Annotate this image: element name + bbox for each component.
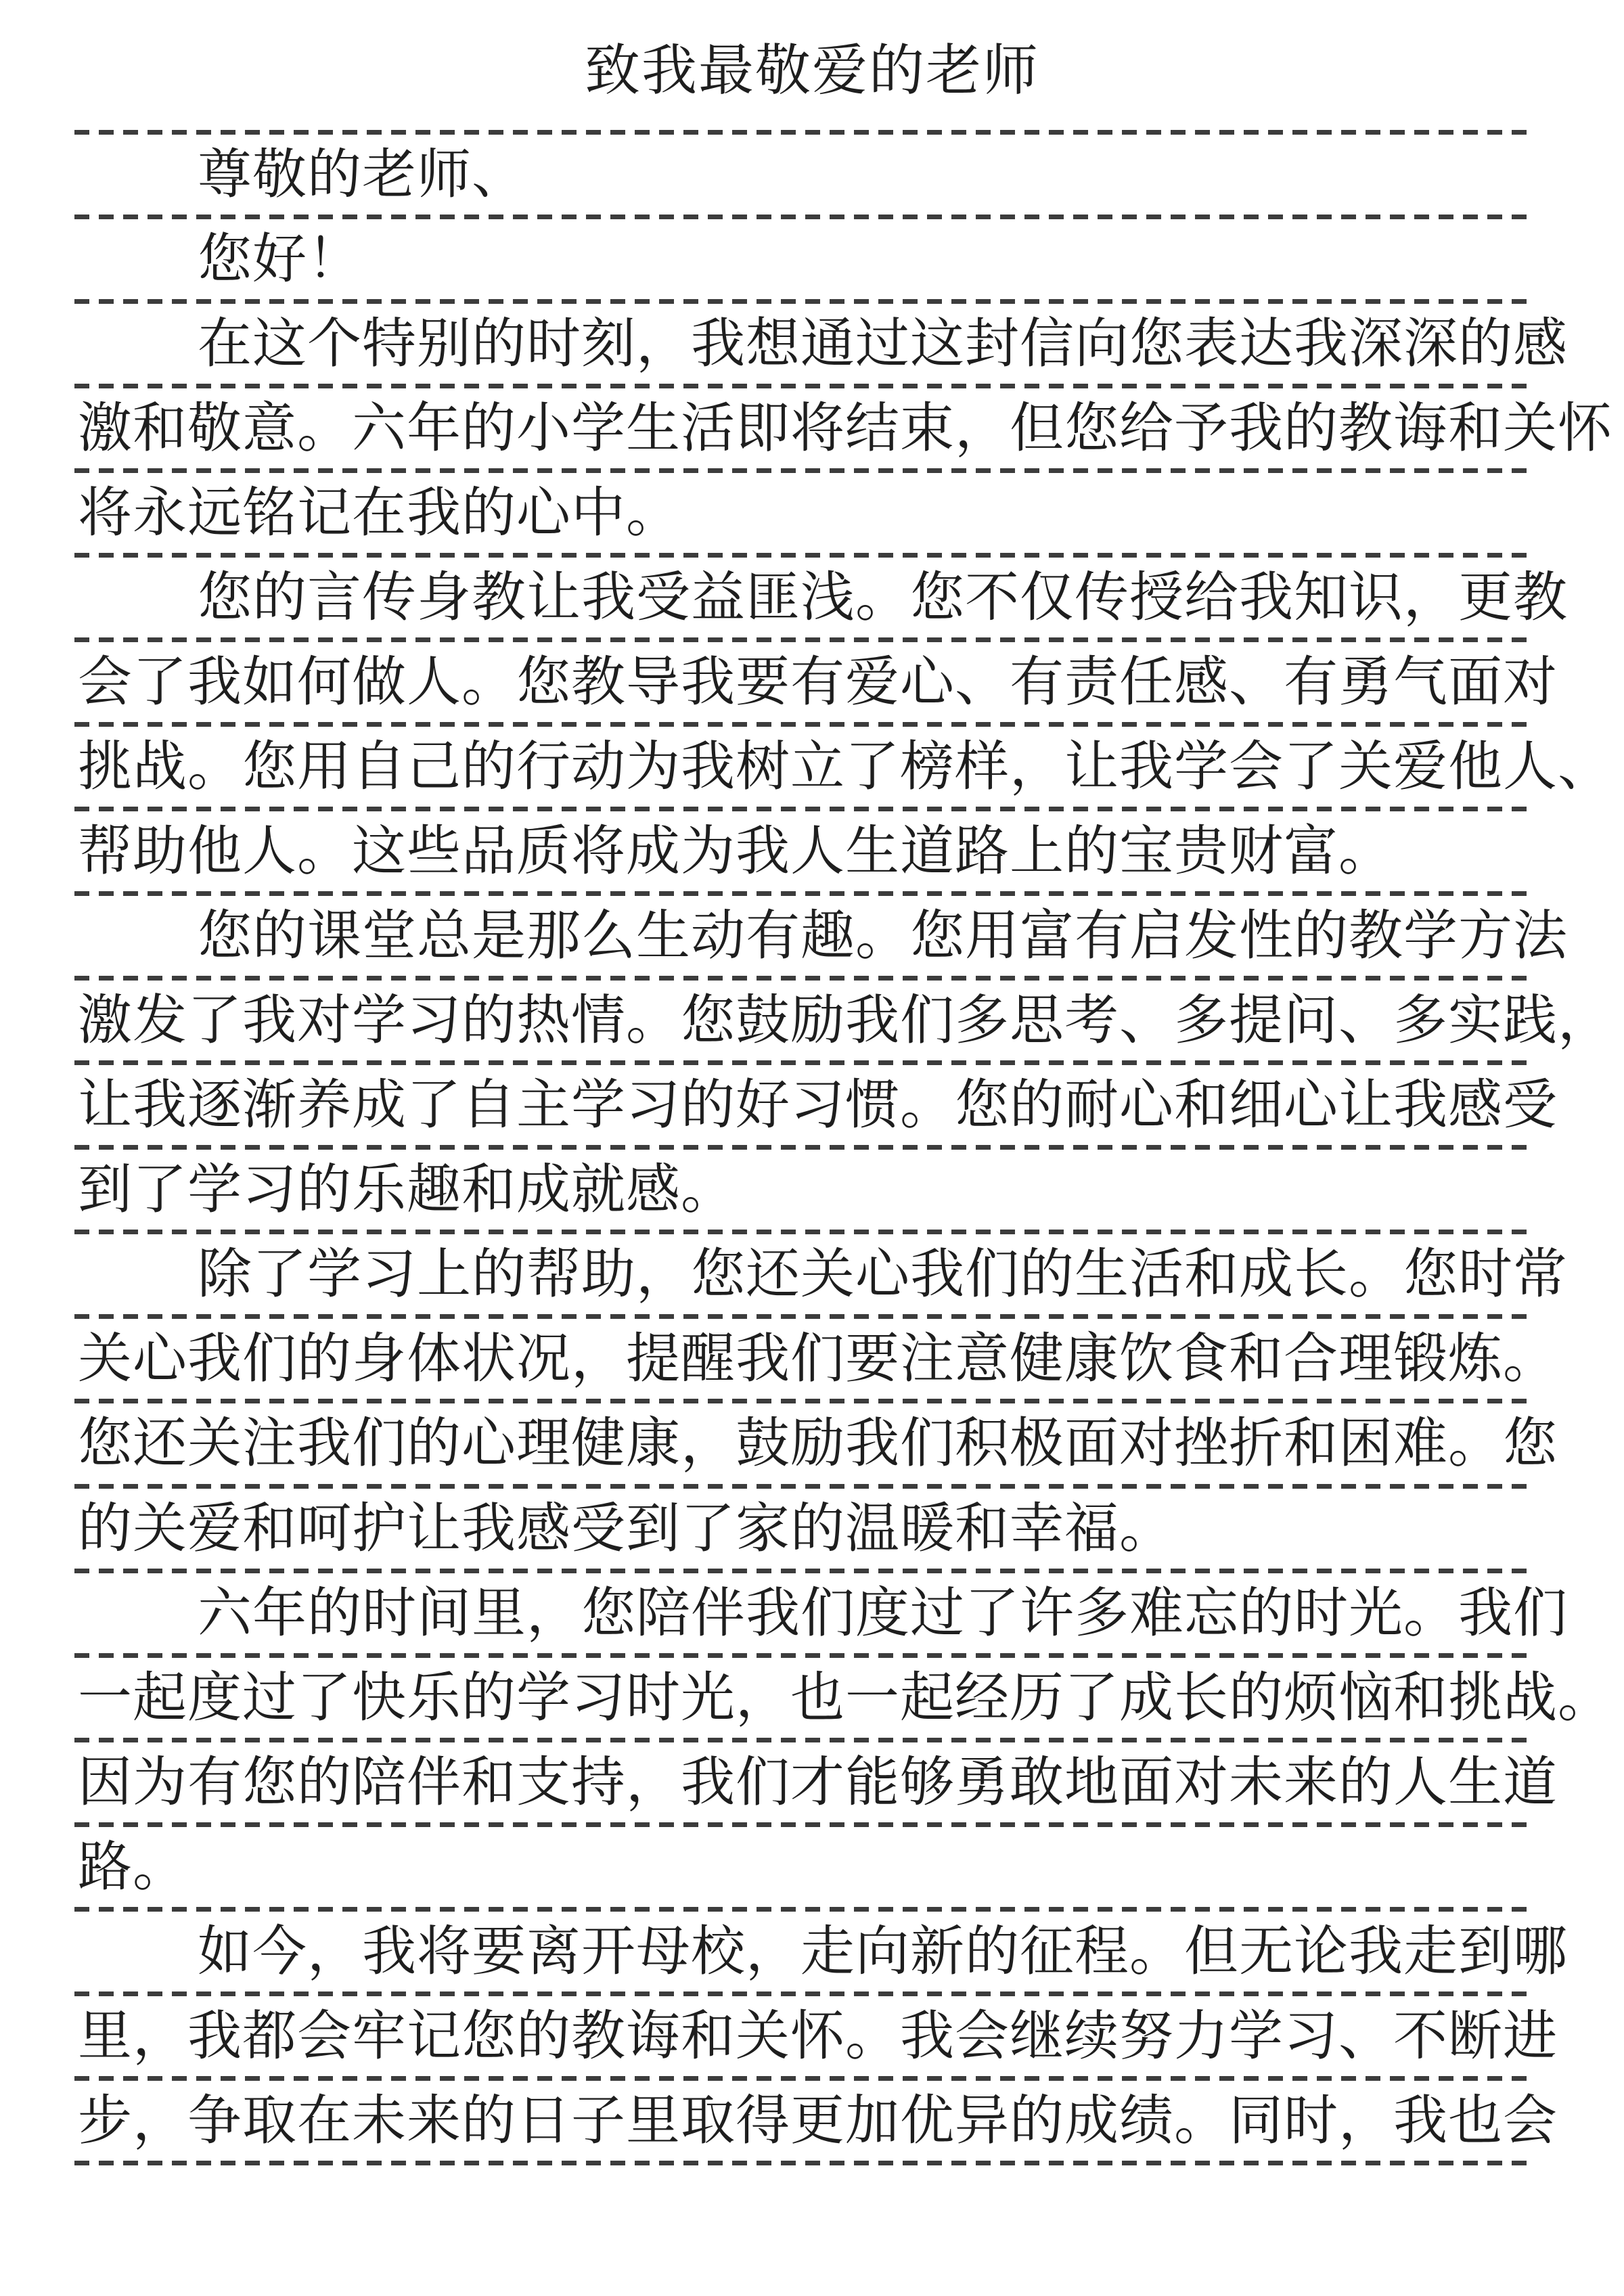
rule-line [74,637,1534,642]
rule-line [74,1314,1534,1319]
letter-line-1: 尊敬的老师、 [0,135,1624,215]
letter-line-text: 您的言传身教让我受益匪浅。您不仅传授给我知识，更教 [198,570,1568,625]
rule-line [74,1145,1534,1150]
letter-line-8: 挑战。您用自己的行动为我树立了榜样，让我学会了关爱他人、 [0,727,1624,807]
letter-line-15: 关心我们的身体状况，提醒我们要注意健康饮食和合理锻炼。 [0,1319,1624,1399]
letter-line-text: 激和敬意。六年的小学生活即将结束，但您给予我的教诲和关怀 [78,401,1612,455]
letter-line-13: 到了学习的乐趣和成就感。 [0,1150,1624,1230]
letter-line-text: 您的课堂总是那么生动有趣。您用富有启发性的教学方法 [198,909,1568,963]
letter-line-text: 激发了我对学习的热情。您鼓励我们多思考、多提问、多实践， [78,993,1612,1048]
rule-line [74,891,1534,896]
rule-line [74,468,1534,473]
letter-line-text: 到了学习的乐趣和成就感。 [78,1163,736,1217]
rule-line [74,1991,1534,1996]
rule-line [74,215,1534,219]
letter-line-text: 将永远铭记在我的心中。 [78,486,681,540]
rule-line [74,1907,1534,1912]
letter-line-text: 在这个特别的时刻，我想通过这封信向您表达我深深的感 [198,317,1568,371]
letter-line-text: 的关爱和呵护让我感受到了家的温暖和幸福。 [78,1502,1174,1556]
letter-line-text: 路。 [78,1840,187,1894]
rule-line [74,2161,1534,2165]
rule-line [74,2076,1534,2081]
letter-line-2: 您好！ [0,219,1624,299]
letter-line-text: 如今，我将要离开母校，走向新的征程。但无论我走到哪 [198,1924,1568,1979]
letter-line-text: 因为有您的陪伴和支持，我们才能够勇敢地面对未来的人生道 [78,1755,1558,1809]
letter-line-text: 您好！ [198,232,362,286]
rule-line [74,1230,1534,1234]
letter-line-24: 步，争取在未来的日子里取得更加优异的成绩。同时，我也会 [0,2081,1624,2161]
rule-line [74,384,1534,388]
letter-line-text: 会了我如何做人。您教导我要有爱心、有责任感、有勇气面对 [78,655,1558,709]
letter-line-text: 六年的时间里，您陪伴我们度过了许多难忘的时光。我们 [198,1586,1568,1640]
rule-line [74,1822,1534,1827]
letter-line-text: 里，我都会牢记您的教诲和关怀。我会继续努力学习、不断进 [78,2009,1558,2063]
letter-line-14: 除了学习上的帮助，您还关心我们的生活和成长。您时常 [0,1234,1624,1314]
letter-page: 致我最敬爱的老师 尊敬的老师、 您好！ 在这个特别的时刻，我想通过这封信向您表达… [0,0,1624,2296]
letter-line-text: 关心我们的身体状况，提醒我们要注意健康饮食和合理锻炼。 [78,1332,1558,1386]
rule-line [74,807,1534,811]
letter-line-16: 您还关注我们的心理健康，鼓励我们积极面对挫折和困难。您 [0,1403,1624,1483]
letter-line-4: 激和敬意。六年的小学生活即将结束，但您给予我的教诲和关怀 [0,388,1624,468]
rule-line [74,1653,1534,1658]
rule-line [74,1569,1534,1573]
letter-line-7: 会了我如何做人。您教导我要有爱心、有责任感、有勇气面对 [0,642,1624,722]
letter-line-text: 您还关注我们的心理健康，鼓励我们积极面对挫折和困难。您 [78,1416,1558,1470]
rule-line [74,976,1534,981]
letter-line-19: 一起度过了快乐的学习时光，也一起经历了成长的烦恼和挑战。 [0,1658,1624,1738]
rule-line [74,1738,1534,1742]
letter-line-text: 尊敬的老师、 [198,148,526,202]
letter-line-text: 让我逐渐养成了自主学习的好习惯。您的耐心和细心让我感受 [78,1078,1558,1132]
letter-line-5: 将永远铭记在我的心中。 [0,473,1624,553]
letter-line-20: 因为有您的陪伴和支持，我们才能够勇敢地面对未来的人生道 [0,1742,1624,1822]
letter-line-text: 一起度过了快乐的学习时光，也一起经历了成长的烦恼和挑战。 [78,1671,1612,1725]
rule-line [74,1399,1534,1403]
letter-line-text: 步，争取在未来的日子里取得更加优异的成绩。同时，我也会 [78,2094,1558,2148]
letter-line-23: 里，我都会牢记您的教诲和关怀。我会继续努力学习、不断进 [0,1996,1624,2076]
letter-line-text: 帮助他人。这些品质将成为我人生道路上的宝贵财富。 [78,824,1393,878]
letter-line-12: 让我逐渐养成了自主学习的好习惯。您的耐心和细心让我感受 [0,1065,1624,1145]
letter-title-row: 致我最敬爱的老师 [0,0,1624,130]
letter-line-18: 六年的时间里，您陪伴我们度过了许多难忘的时光。我们 [0,1573,1624,1653]
rule-line [74,722,1534,727]
letter-line-9: 帮助他人。这些品质将成为我人生道路上的宝贵财富。 [0,811,1624,891]
rule-line [74,553,1534,558]
rule-line [74,299,1534,304]
letter-body: 尊敬的老师、 您好！ 在这个特别的时刻，我想通过这封信向您表达我深深的感 激和敬… [0,130,1624,2165]
letter-line-21: 路。 [0,1827,1624,1907]
letter-line-11: 激发了我对学习的热情。您鼓励我们多思考、多提问、多实践， [0,981,1624,1060]
letter-line-text: 除了学习上的帮助，您还关心我们的生活和成长。您时常 [198,1247,1568,1301]
rule-line [74,1484,1534,1489]
letter-title: 致我最敬爱的老师 [585,43,1039,99]
letter-line-22: 如今，我将要离开母校，走向新的征程。但无论我走到哪 [0,1912,1624,1991]
rule-line [74,1060,1534,1065]
letter-line-10: 您的课堂总是那么生动有趣。您用富有启发性的教学方法 [0,896,1624,976]
letter-line-6: 您的言传身教让我受益匪浅。您不仅传授给我知识，更教 [0,558,1624,637]
letter-line-3: 在这个特别的时刻，我想通过这封信向您表达我深深的感 [0,304,1624,384]
letter-line-17: 的关爱和呵护让我感受到了家的温暖和幸福。 [0,1489,1624,1569]
rule-line [74,130,1534,135]
letter-line-text: 挑战。您用自己的行动为我树立了榜样，让我学会了关爱他人、 [78,740,1612,794]
